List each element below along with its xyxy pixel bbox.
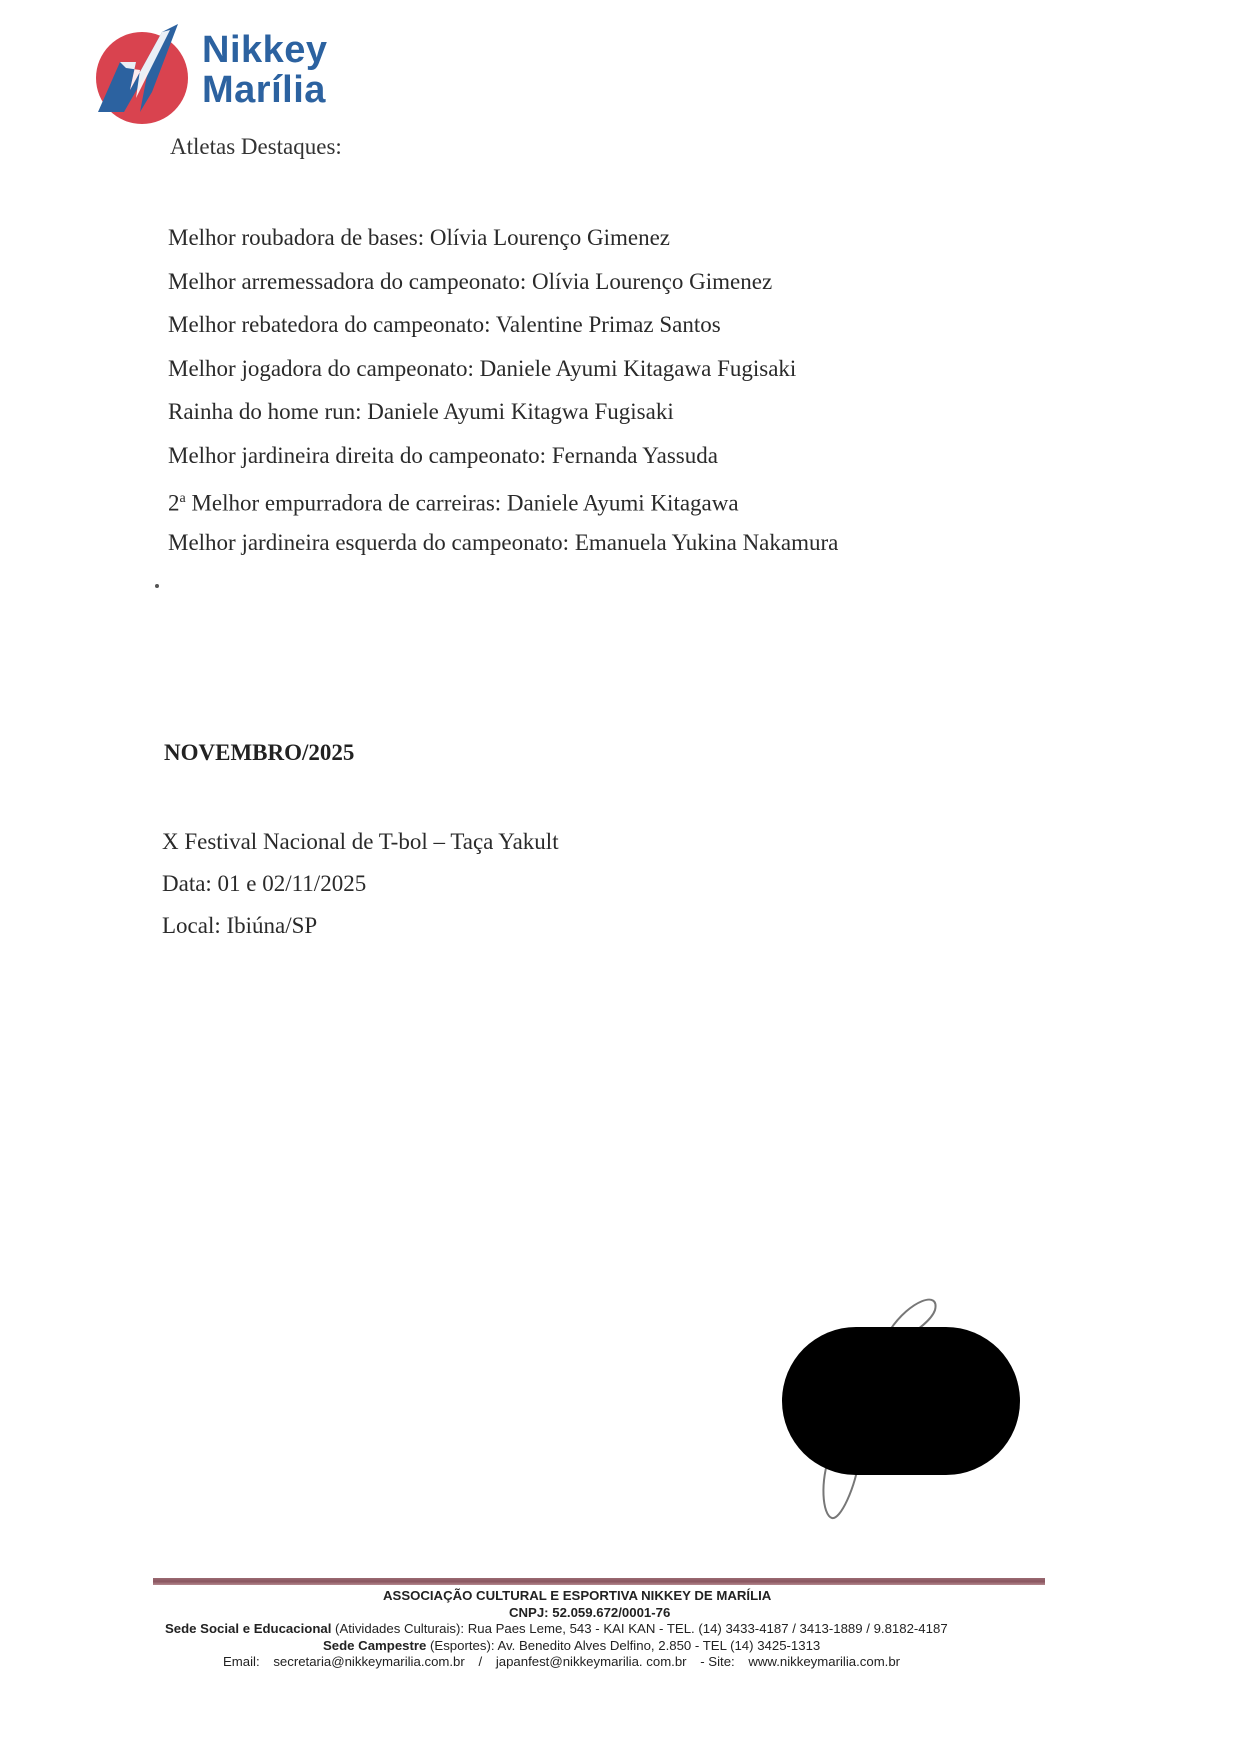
footer-divider <box>153 1578 1045 1585</box>
award-item: Rainha do home run: Daniele Ayumi Kitagw… <box>168 396 838 440</box>
footer-contacts: Email: secretaria@nikkeymarilia.com.br /… <box>140 1654 1060 1671</box>
logo-text: Nikkey Marília <box>202 30 328 110</box>
footer: ASSOCIAÇÃO CULTURAL E ESPORTIVA NIKKEY D… <box>140 1588 1060 1671</box>
footer-sede-social: Sede Social e Educacional (Atividades Cu… <box>140 1621 1060 1638</box>
award-item: Melhor rebatedora do campeonato: Valenti… <box>168 309 838 353</box>
event-block: X Festival Nacional de T-bol – Taça Yaku… <box>162 826 559 952</box>
logo-emblem-icon <box>90 20 200 130</box>
logo-line-1: Nikkey <box>202 30 328 70</box>
month-heading: NOVEMBRO/2025 <box>164 740 354 766</box>
footer-email-label: Email: <box>223 1654 260 1669</box>
redacted-signature <box>782 1327 1020 1475</box>
footer-email-secretaria[interactable]: secretaria@nikkeymarilia.com.br <box>273 1654 464 1669</box>
award-item: Melhor jogadora do campeonato: Daniele A… <box>168 353 838 397</box>
event-location: Local: Ibiúna/SP <box>162 910 559 952</box>
footer-sede-campestre-text: (Esportes): Av. Benedito Alves Delfino, … <box>426 1638 820 1653</box>
award-item: Melhor jardineira esquerda do campeonato… <box>168 527 838 571</box>
section-label: Atletas Destaques: <box>170 134 342 160</box>
footer-separator: / <box>478 1654 482 1669</box>
award-text: Melhor empurradora de carreiras: Daniele… <box>186 491 739 516</box>
nikkey-marilia-logo: Nikkey Marília <box>90 20 360 130</box>
award-item: Melhor roubadora de bases: Olívia Louren… <box>168 222 838 266</box>
award-item: Melhor jardineira direita do campeonato:… <box>168 440 838 484</box>
footer-sede-social-label: Sede Social e Educacional <box>165 1621 331 1636</box>
footer-sede-campestre-label: Sede Campestre <box>323 1638 426 1653</box>
footer-sede-campestre: Sede Campestre (Esportes): Av. Benedito … <box>140 1638 1060 1655</box>
award-item: 2a Melhor empurradora de carreiras: Dani… <box>168 483 838 527</box>
logo-line-2: Marília <box>202 70 328 110</box>
stray-dot <box>155 584 159 588</box>
footer-email-japanfest[interactable]: japanfest@nikkeymarilia. com.br <box>496 1654 687 1669</box>
footer-sede-social-text: (Atividades Culturais): Rua Paes Leme, 5… <box>331 1621 947 1636</box>
award-ordinal: 2 <box>168 491 180 516</box>
footer-site-label: - Site: <box>700 1654 734 1669</box>
awards-list: Melhor roubadora de bases: Olívia Louren… <box>168 222 838 570</box>
footer-cnpj: CNPJ: 52.059.672/0001-76 <box>140 1605 1060 1622</box>
event-date: Data: 01 e 02/11/2025 <box>162 868 559 910</box>
footer-site-link[interactable]: www.nikkeymarilia.com.br <box>748 1654 900 1669</box>
footer-org-name: ASSOCIAÇÃO CULTURAL E ESPORTIVA NIKKEY D… <box>140 1588 1060 1605</box>
award-item: Melhor arremessadora do campeonato: Olív… <box>168 266 838 310</box>
event-name: X Festival Nacional de T-bol – Taça Yaku… <box>162 826 559 868</box>
